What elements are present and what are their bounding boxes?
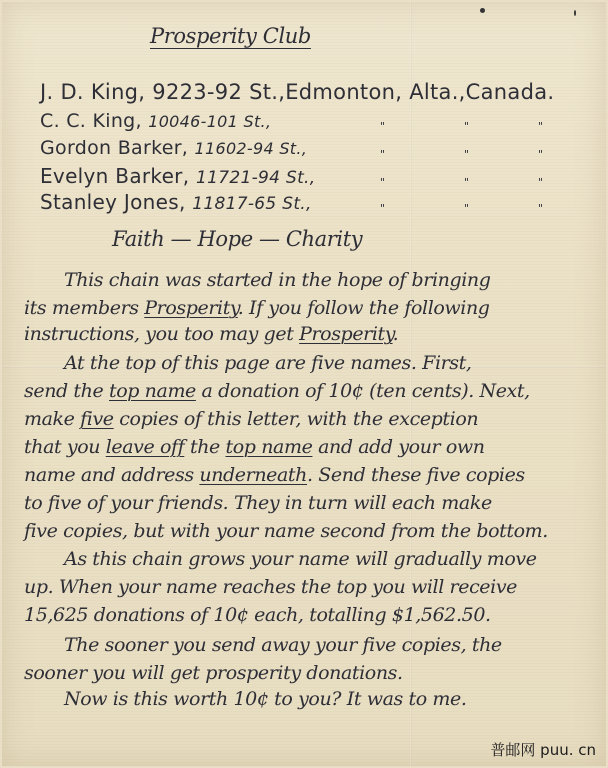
body-line: At the top of this page are five names. … <box>64 352 472 374</box>
letter-page: Prosperity Club J. D. King, 9223-92 St.,… <box>2 2 606 766</box>
body-line: five copies, but with your name second f… <box>24 520 548 542</box>
body-line: name and address underneath. Send these … <box>24 464 525 486</box>
member-address: 11721-94 St., <box>196 168 315 188</box>
body-line: to five of your friends. They in turn wi… <box>24 492 492 514</box>
body-line: send the top name a donation of 10¢ (ten… <box>24 380 530 402</box>
member-city: Edmonton, <box>285 80 402 104</box>
body-line: its members Prosperity. If you follow th… <box>24 297 490 319</box>
address-row-4: Evelyn Barker, 11721-94 St., <box>40 164 315 188</box>
text-span: its members <box>24 297 139 319</box>
member-name: Gordon Barker, <box>40 137 188 159</box>
ink-speck <box>574 10 576 16</box>
text-span: name and address <box>24 464 194 486</box>
body-line: Now is this worth 10¢ to you? It was to … <box>64 688 467 710</box>
text-span: a donation of 10¢ (ten cents). Next, <box>202 380 530 402</box>
text-span: . If you follow the following <box>238 297 490 319</box>
emphasis-underneath: underneath <box>199 464 307 486</box>
text-span: send the <box>24 380 103 402</box>
text-span: make <box>24 408 75 430</box>
ditto-mark: " <box>464 202 469 215</box>
member-name: J. D. King, <box>40 80 145 104</box>
ditto-mark: " <box>464 176 469 189</box>
member-address: 11817-65 St., <box>192 194 311 214</box>
text-span: . <box>393 323 399 345</box>
emphasis-leave-off: leave off <box>106 436 185 458</box>
address-row-2: C. C. King, 10046-101 St., <box>40 110 271 132</box>
member-province: Alta., <box>409 80 465 104</box>
ditto-mark: " <box>538 176 543 189</box>
text-span: and add your own <box>318 436 485 458</box>
member-address: 9223-92 St., <box>152 80 285 104</box>
watermark: 普邮网 puu. cn <box>490 739 596 760</box>
emphasis-five: five <box>80 408 114 430</box>
emphasis-prosperity: Prosperity <box>299 323 392 345</box>
text-span: the <box>190 436 220 458</box>
text-span: instructions, you too may get <box>24 323 293 345</box>
ditto-mark: " <box>538 202 543 215</box>
member-address: 11602-94 St., <box>195 139 308 158</box>
ink-speck <box>480 8 485 13</box>
member-name: C. C. King, <box>40 110 142 132</box>
member-country: Canada. <box>466 80 555 104</box>
body-line: 15,625 donations of 10¢ each, totalling … <box>24 604 491 626</box>
emphasis-prosperity: Prosperity <box>144 297 237 319</box>
body-line: instructions, you too may get Prosperity… <box>24 323 398 345</box>
body-line: up. When your name reaches the top you w… <box>24 576 517 598</box>
ditto-mark: " <box>538 148 543 161</box>
body-line: This chain was started in the hope of br… <box>64 269 491 291</box>
body-line: sooner you will get prosperity donations… <box>24 662 403 684</box>
letter-title: Prosperity Club <box>150 24 311 48</box>
body-line: make five copies of this letter, with th… <box>24 408 478 430</box>
ditto-mark: " <box>464 148 469 161</box>
member-address: 10046-101 St., <box>148 112 271 131</box>
ditto-mark: " <box>464 120 469 133</box>
body-line: As this chain grows your name will gradu… <box>64 548 537 570</box>
body-line: that you leave off the top name and add … <box>24 436 485 458</box>
address-row-3: Gordon Barker, 11602-94 St., <box>40 137 307 159</box>
ditto-mark: " <box>380 202 385 215</box>
address-row-1: J. D. King, 9223-92 St.,Edmonton, Alta.,… <box>40 80 554 104</box>
motto: Faith — Hope — Charity <box>112 227 362 251</box>
emphasis-top-name: top name <box>226 436 313 458</box>
address-row-5: Stanley Jones, 11817-65 St., <box>40 190 312 214</box>
ditto-mark: " <box>380 148 385 161</box>
member-name: Stanley Jones, <box>40 190 186 214</box>
ditto-mark: " <box>380 120 385 133</box>
ditto-mark: " <box>538 120 543 133</box>
member-name: Evelyn Barker, <box>40 164 189 188</box>
text-span: . Send these five copies <box>307 464 525 486</box>
text-span: copies of this letter, with the exceptio… <box>119 408 478 430</box>
emphasis-top-name: top name <box>109 380 196 402</box>
body-line: The sooner you send away your five copie… <box>64 634 502 656</box>
ditto-mark: " <box>380 176 385 189</box>
text-span: that you <box>24 436 100 458</box>
